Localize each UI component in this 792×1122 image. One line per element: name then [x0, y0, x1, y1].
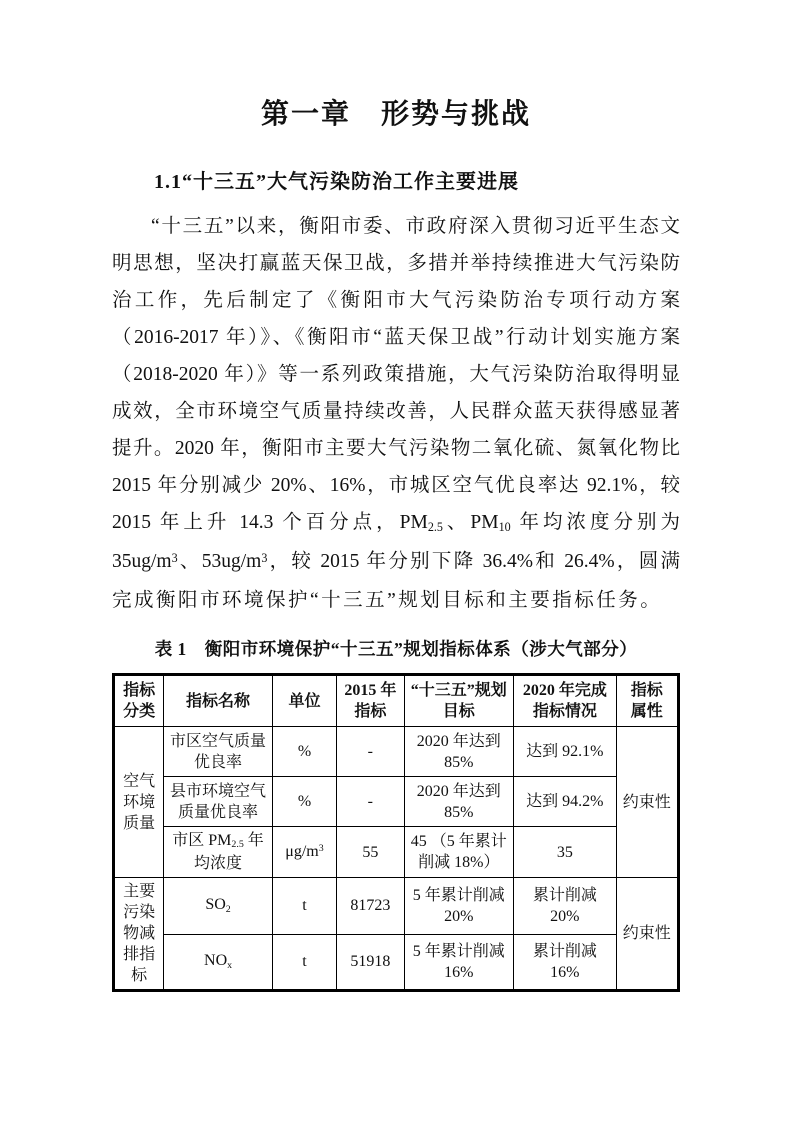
paragraph-line: 明思想，坚决打赢蓝天保卫战，多措并举持续推进大气污染防	[112, 245, 680, 282]
cell-2020: 达到 92.1%	[514, 727, 617, 777]
paragraph-line: 35ug/m3、53ug/m3，较 2015 年分别下降 36.4%和 26.4…	[112, 543, 680, 582]
cell-2015: 55	[337, 827, 404, 878]
col-header-category: 指标 分类	[114, 675, 164, 727]
cell-name-urban-aqi: 市区空气质量 优良率	[164, 727, 273, 777]
cell-2020: 累计削减 20%	[514, 878, 617, 935]
body-paragraph: “十三五”以来，衡阳市委、市政府深入贯彻习近平生态文明思想，坚决打赢蓝天保卫战，…	[112, 208, 680, 619]
col-header-name: 指标名称	[164, 675, 273, 727]
table-row: 县市环境空气 质量优良率 % - 2020 年达到 85% 达到 94.2%	[114, 777, 679, 827]
cell-unit: μg/m3	[272, 827, 336, 878]
cell-2020: 35	[514, 827, 617, 878]
paragraph-line: 成效，全市环境空气质量持续改善，人民群众蓝天获得感显著	[112, 393, 680, 430]
table-row: 市区 PM2.5 年 均浓度 μg/m3 55 45 （5 年累计 削减 18%…	[114, 827, 679, 878]
paragraph-line: （2018-2020 年）》等一系列政策措施，大气污染防治取得明显	[112, 356, 680, 393]
col-header-plan: “十三五”规划 目标	[404, 675, 514, 727]
document-page: 第一章 形势与挑战 1.1“十三五”大气污染防治工作主要进展 “十三五”以来，衡…	[0, 0, 792, 1122]
cell-name-county-aqi: 县市环境空气 质量优良率	[164, 777, 273, 827]
paragraph-line: 治工作，先后制定了《衡阳市大气污染防治专项行动方案	[112, 282, 680, 319]
cell-2020: 达到 94.2%	[514, 777, 617, 827]
cell-2015: -	[337, 727, 404, 777]
cell-name-pm25: 市区 PM2.5 年 均浓度	[164, 827, 273, 878]
paragraph-line: “十三五”以来，衡阳市委、市政府深入贯彻习近平生态文	[112, 208, 680, 245]
cell-attr-emission: 约束性	[616, 878, 678, 991]
cell-unit: t	[272, 878, 336, 935]
cell-plan: 5 年累计削减 20%	[404, 878, 514, 935]
cell-plan: 45 （5 年累计 削减 18%）	[404, 827, 514, 878]
paragraph-line: 2015 年分别减少 20%、16%，市城区空气优良率达 92.1%，较	[112, 467, 680, 504]
paragraph-line: 完成衡阳市环境保护“十三五”规划目标和主要指标任务。	[112, 582, 680, 619]
cell-unit: t	[272, 934, 336, 991]
chapter-title: 第一章 形势与挑战	[112, 98, 680, 132]
cell-2015: 81723	[337, 878, 404, 935]
cell-unit: %	[272, 727, 336, 777]
cell-attr-air: 约束性	[616, 727, 678, 878]
cell-category-emission: 主要 污染 物减 排指 标	[114, 878, 164, 991]
table-caption: 表 1 衡阳市环境保护“十三五”规划指标体系（涉大气部分）	[112, 636, 680, 661]
table-row: NOx t 51918 5 年累计削减 16% 累计削减 16%	[114, 934, 679, 991]
col-header-2020: 2020 年完成 指标情况	[514, 675, 617, 727]
cell-category-air: 空气 环境 质量	[114, 727, 164, 878]
table-row: 主要 污染 物减 排指 标 SO2 t 81723 5 年累计削减 20% 累计…	[114, 878, 679, 935]
indicator-table: 指标 分类 指标名称 单位 2015 年 指标 “十三五”规划 目标 2020 …	[112, 673, 680, 992]
table-header-row: 指标 分类 指标名称 单位 2015 年 指标 “十三五”规划 目标 2020 …	[114, 675, 679, 727]
paragraph-line: 2015 年上升 14.3 个百分点，PM2.5、PM10 年均浓度分别为	[112, 504, 680, 543]
cell-plan: 2020 年达到 85%	[404, 727, 514, 777]
cell-2015: -	[337, 777, 404, 827]
cell-2020: 累计削减 16%	[514, 934, 617, 991]
section-heading: 1.1“十三五”大气污染防治工作主要进展	[112, 168, 680, 196]
paragraph-line: 提升。2020 年，衡阳市主要大气污染物二氧化硫、氮氧化物比	[112, 430, 680, 467]
col-header-2015: 2015 年 指标	[337, 675, 404, 727]
cell-plan: 2020 年达到 85%	[404, 777, 514, 827]
cell-name-nox: NOx	[164, 934, 273, 991]
paragraph-line: （2016-2017 年）》、《衡阳市“蓝天保卫战”行动计划实施方案	[112, 319, 680, 356]
col-header-unit: 单位	[272, 675, 336, 727]
cell-name-so2: SO2	[164, 878, 273, 935]
cell-2015: 51918	[337, 934, 404, 991]
table-row: 空气 环境 质量 市区空气质量 优良率 % - 2020 年达到 85% 达到 …	[114, 727, 679, 777]
col-header-attr: 指标 属性	[616, 675, 678, 727]
cell-unit: %	[272, 777, 336, 827]
table-wrap: 指标 分类 指标名称 单位 2015 年 指标 “十三五”规划 目标 2020 …	[112, 673, 680, 992]
cell-plan: 5 年累计削减 16%	[404, 934, 514, 991]
